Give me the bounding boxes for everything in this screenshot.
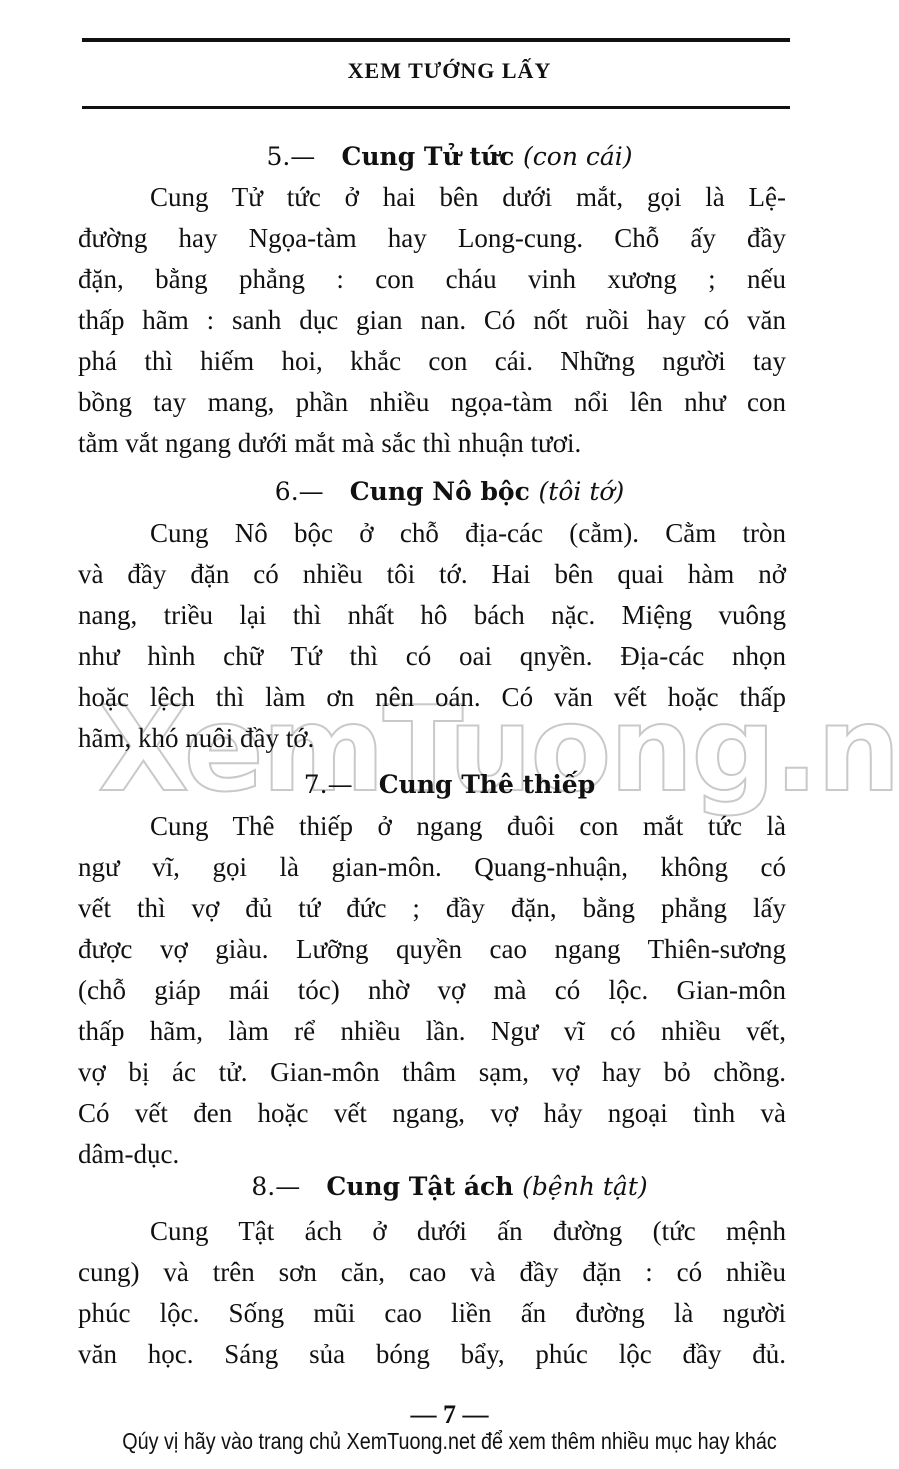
text-line: hoặc lệch thì làm ơn nên oán. Có văn vết… xyxy=(78,677,786,718)
section-heading-6: 6.— Cung Nô bộc (tôi tớ) xyxy=(0,477,899,506)
section-number: 5.— xyxy=(266,142,315,171)
section-body-7: Cung Thê thiếp ở ngang đuôi con mắt tức … xyxy=(78,806,786,1175)
section-number: 6.— xyxy=(275,477,324,506)
section-subtitle: (bệnh tật) xyxy=(522,1172,647,1201)
text-line: bồng tay mang, phần nhiều ngọa-tàm nổi l… xyxy=(78,382,786,423)
header-rule-bottom xyxy=(82,106,790,109)
text-line: cung) và trên sơn căn, cao và đầy đặn : … xyxy=(78,1252,786,1293)
text-line: Cung Thê thiếp ở ngang đuôi con mắt tức … xyxy=(78,806,786,847)
section-title: Cung Tử tức xyxy=(341,142,514,171)
section-heading-8: 8.— Cung Tật ách (bệnh tật) xyxy=(0,1172,899,1201)
text-line: thấp hãm, làm rể nhiều lần. Ngư vĩ có nh… xyxy=(78,1011,786,1052)
page-number: — 7 — xyxy=(0,1400,899,1430)
text-line: được vợ giàu. Lưỡng quyền cao ngang Thiê… xyxy=(78,929,786,970)
section-heading-5: 5.— Cung Tử tức (con cái) xyxy=(0,142,899,171)
text-line: Có vết đen hoặc vết ngang, vợ hảy ngoại … xyxy=(78,1093,786,1134)
text-line: nang, triều lại thì nhất hô bách nặc. Mi… xyxy=(78,595,786,636)
text-line: đặn, bằng phẳng : con cháu vinh xương ; … xyxy=(78,259,786,300)
text-line: hãm, khó nuôi đầy tớ. xyxy=(78,718,786,759)
section-body-6: Cung Nô bộc ở chỗ địa-các (cằm). Cằm trò… xyxy=(78,513,786,759)
running-head: XEM TƯỚNG LẤY xyxy=(0,58,899,84)
text-line: vết thì vợ đủ tứ đức ; đầy đặn, bằng phẳ… xyxy=(78,888,786,929)
text-line: đường hay Ngọa-tàm hay Long-cung. Chỗ ấy… xyxy=(78,218,786,259)
section-title: Cung Thê thiếp xyxy=(379,770,595,799)
text-line: dâm-dục. xyxy=(78,1134,786,1175)
section-body-5: Cung Tử tức ở hai bên dưới mắt, gọi là L… xyxy=(78,177,786,464)
book-page: XEM TƯỚNG LẤY XemTuong.net 5.— Cung Tử t… xyxy=(0,0,899,1469)
section-number: 8.— xyxy=(251,1172,300,1201)
section-heading-7: 7.— Cung Thê thiếp xyxy=(0,770,899,799)
section-title: Cung Nô bộc xyxy=(350,477,530,506)
text-line: phúc lộc. Sống mũi cao liền ấn đường là … xyxy=(78,1293,786,1334)
text-line: và đầy đặn có nhiều tôi tớ. Hai bên quai… xyxy=(78,554,786,595)
text-line: Cung Tử tức ở hai bên dưới mắt, gọi là L… xyxy=(78,177,786,218)
text-line: văn học. Sáng sủa bóng bẩy, phúc lộc đầy… xyxy=(78,1334,786,1375)
section-subtitle: (tôi tớ) xyxy=(539,477,625,506)
text-line: tằm vắt ngang dưới mắt mà sắc thì nhuận … xyxy=(78,423,786,464)
section-title: Cung Tật ách xyxy=(326,1172,513,1201)
header-rule-top xyxy=(82,38,790,42)
text-line: vợ bị ác tử. Gian-môn thâm sạm, vợ hay b… xyxy=(78,1052,786,1093)
section-subtitle: (con cái) xyxy=(523,142,633,171)
text-line: Cung Tật ách ở dưới ấn đường (tức mệnh xyxy=(78,1211,786,1252)
text-line: như hình chữ Tứ thì có oai qnyền. Địa-cá… xyxy=(78,636,786,677)
text-line: phá thì hiếm hoi, khắc con cái. Những ng… xyxy=(78,341,786,382)
text-line: thấp hãm : sanh dục gian nan. Có nốt ruồ… xyxy=(78,300,786,341)
text-line: Cung Nô bộc ở chỗ địa-các (cằm). Cằm trò… xyxy=(78,513,786,554)
text-line: (chỗ giáp mái tóc) nhờ vợ mà có lộc. Gia… xyxy=(78,970,786,1011)
site-footer-note: Qúy vị hãy vào trang chủ XemTuong.net để… xyxy=(63,1428,836,1455)
section-number: 7.— xyxy=(304,770,353,799)
section-body-8: Cung Tật ách ở dưới ấn đường (tức mệnh c… xyxy=(78,1211,786,1375)
text-line: ngư vĩ, gọi là gian-môn. Quang-nhuận, kh… xyxy=(78,847,786,888)
